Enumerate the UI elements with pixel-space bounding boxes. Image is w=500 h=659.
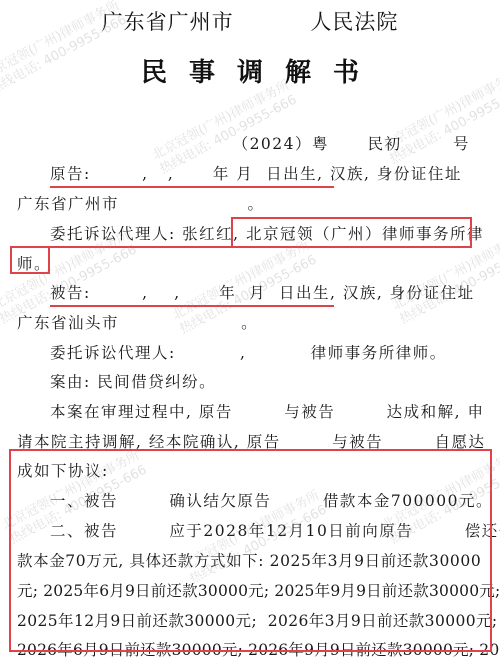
case-cause: 案由: 民间借贷纠纷。	[50, 372, 500, 392]
plaintiff-agent-line-2: 师。	[17, 254, 500, 274]
defendant-agent: 委托诉讼代理人: , 律师事务所律师。	[50, 343, 500, 363]
law-firm-continuation-box-annotation	[10, 246, 50, 274]
plaintiff-line-2: 广东省广州市 。	[17, 194, 500, 214]
case-number: （2024）粤 民初 号	[0, 134, 500, 154]
plaintiff-underline-annotation	[50, 186, 334, 188]
document-title: 民事调解书	[0, 52, 500, 89]
plaintiff-line-1: 原告: , , 年 月 日出生, 汉族, 身份证住址	[50, 164, 500, 184]
defendant-line-1: 被告: , , 年 月 日出生, 汉族, 身份证住址	[50, 283, 500, 303]
process-line-1: 本案在审理过程中, 原告 与被告 达成和解, 申	[50, 402, 500, 422]
document-page: 广东省广州市 人民法院 民事调解书 （2024）粤 民初 号 原告: , , 年…	[0, 0, 500, 659]
agent-underline-annotation	[50, 246, 232, 248]
law-firm-box-annotation	[231, 217, 472, 248]
court-title: 广东省广州市 人民法院	[0, 6, 500, 36]
defendant-line-2: 广东省汕头市 。	[17, 313, 500, 333]
agreement-box-annotation	[9, 449, 492, 652]
defendant-underline-annotation	[50, 305, 334, 307]
